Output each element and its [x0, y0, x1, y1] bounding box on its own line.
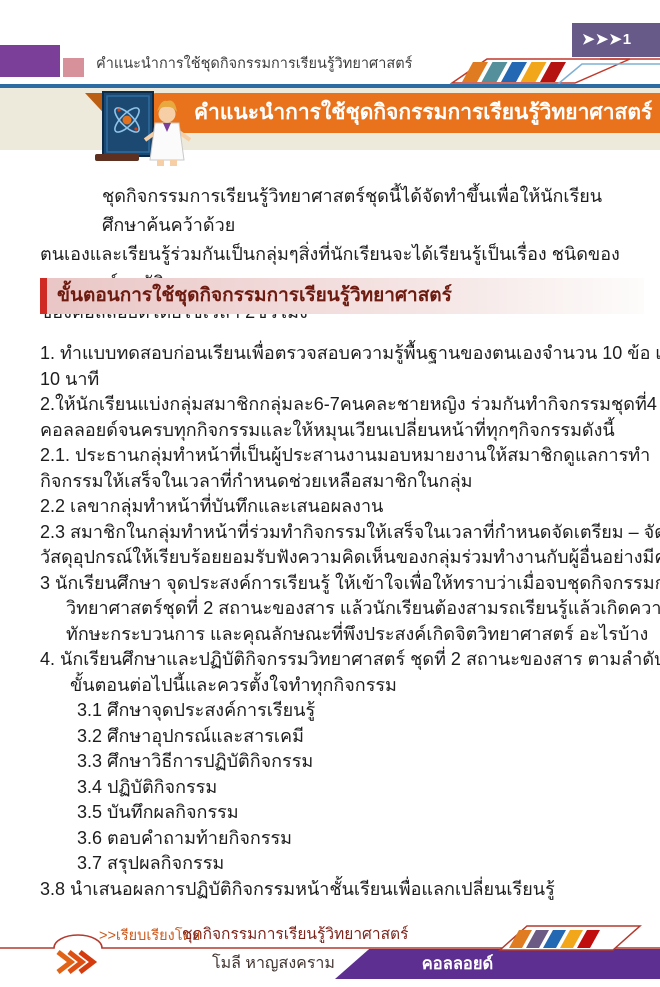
instructions-list: 1. ทำแบบทดสอบก่อนเรียนเพื่อตรวจสอบความรู…	[40, 341, 652, 902]
instruction-line: 2.ให้นักเรียนแบ่งกลุ่มสมาชิกกลุ่มละ6-7คน…	[40, 392, 652, 418]
instruction-line: 1. ทำแบบทดสอบก่อนเรียนเพื่อตรวจสอบความรู…	[40, 341, 652, 367]
instruction-line: 3.4 ปฏิบัติกิจกรรม	[40, 775, 652, 801]
instruction-line: 3 นักเรียนศึกษา จุดประสงค์การเรียนรู้ ให…	[40, 571, 652, 597]
instruction-line: 3.1 ศึกษาจุดประสงค์การเรียนรู้	[40, 698, 652, 724]
instruction-line: 3.8 นำเสนอผลการปฏิบัติกิจกรรมหน้าชั้นเรี…	[40, 877, 652, 903]
instruction-line: 3.6 ตอบคำถามท้ายกิจกรรม	[40, 826, 652, 852]
instruction-line: ขั้นตอนต่อไปนี้และควรตั้งใจทำทุกกิจกรรม	[40, 673, 652, 699]
instruction-line: 2.1. ประธานกลุ่มทำหน้าที่เป็นผู้ประสานงา…	[40, 443, 652, 469]
instruction-line: ทักษะกระบวนการ และคุณลักษณะที่พึงประสงค์…	[40, 622, 652, 648]
scientist-illustration	[95, 88, 200, 168]
document-page: คำแนะนำการใช้ชุดกิจกรรมการเรียนรู้วิทยาศ…	[0, 0, 660, 987]
page-number-text: ➤➤➤1	[582, 31, 632, 48]
header-pink-block	[63, 58, 84, 77]
instruction-line: คอลลอยด์จนครบทุกกิจกรรมและให้หมุนเวียนเป…	[40, 418, 652, 444]
instruction-line: 3.7 สรุปผลกิจกรรม	[40, 851, 652, 877]
instruction-line: วิทยาศาสตร์ชุดที่ 2 สถานะของสาร แล้วนักเ…	[40, 596, 652, 622]
footer-author: โมลี หาญสงคราม	[212, 951, 335, 976]
page-number-badge: ➤➤➤1	[572, 23, 660, 57]
instruction-line: 10 นาที	[40, 367, 652, 393]
instruction-line: 3.2 ศึกษาอุปกรณ์และสารเคมี	[40, 724, 652, 750]
section-header: ขั้นตอนการใช้ชุดกิจกรรมการเรียนรู้วิทยาศ…	[40, 278, 644, 314]
header-purple-block	[0, 45, 60, 77]
instruction-line: 2.3 สมาชิกในกลุ่มทำหน้าที่ร่วมทำกิจกรรมใ…	[40, 520, 652, 546]
instruction-line: วัสดุอุปกรณ์ให้เรียบร้อยยอมรับฟังความคิด…	[40, 545, 652, 571]
instruction-line: 3.5 บันทึกผลกิจกรรม	[40, 800, 652, 826]
intro-line: ชุดกิจกรรมการเรียนรู้วิทยาศาสตร์ชุดนี้ได…	[40, 182, 640, 240]
footer-unit-title: คอลลอยด์	[422, 955, 493, 973]
section-title: ขั้นตอนการใช้ชุดกิจกรรมการเรียนรู้วิทยาศ…	[47, 278, 644, 314]
title-banner: คำแนะนำการใช้ชุดกิจกรรมการเรียนรู้วิทยาศ…	[150, 93, 660, 133]
page-title: คำแนะนำการใช้ชุดกิจกรรมการเรียนรู้วิทยาศ…	[194, 101, 652, 124]
instruction-line: 2.2 เลขากลุ่มทำหน้าที่บันทึกและเสนอผลงาน	[40, 494, 652, 520]
instruction-line: กิจกรรมให้เสร็จในเวลาที่กำหนดช่วยเหลือสม…	[40, 469, 652, 495]
instruction-line: 3.3 ศึกษาวิธีการปฏิบัติกิจกรรม	[40, 749, 652, 775]
footer-stripes-decoration	[495, 922, 645, 954]
board-ledge	[95, 154, 139, 161]
footer-chevrons-icon	[56, 950, 102, 974]
instruction-line: 4. นักเรียนศึกษาและปฏิบัติกิจกรรมวิทยาศา…	[40, 647, 652, 673]
